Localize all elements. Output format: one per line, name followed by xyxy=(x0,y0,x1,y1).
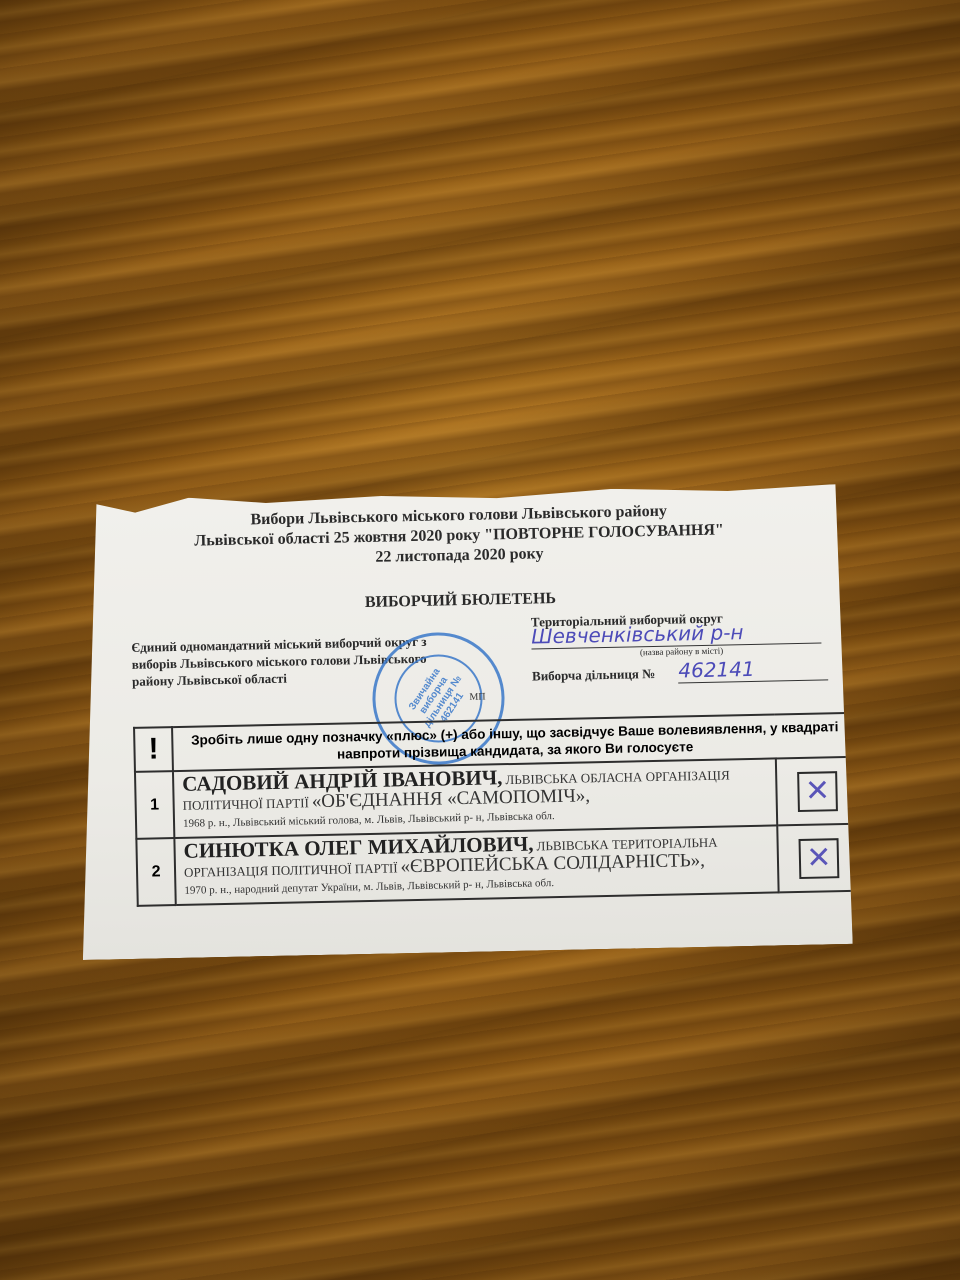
candidate-row: 2 СИНЮТКА ОЛЕГ МИХАЙЛОВИЧ, ЛЬВІВСЬКА ТЕР… xyxy=(136,824,860,906)
candidate-party-prefix: ПОЛІТИЧНОЇ ПАРТІЇ xyxy=(183,795,309,813)
handwritten-note: хй xyxy=(864,838,889,863)
stamp-caption: МП xyxy=(469,692,485,703)
vote-checkbox[interactable]: ✕ xyxy=(799,838,840,879)
candidate-party-name: «ОБ'ЄДНАННЯ «САМОПОМІЧ», xyxy=(312,785,591,812)
vote-cell[interactable]: ✕ хй xyxy=(777,824,860,893)
ballot-paper: Вибори Львівського міського голови Львів… xyxy=(73,484,852,960)
candidate-details: СИНЮТКА ОЛЕГ МИХАЙЛОВИЧ, ЛЬВІВСЬКА ТЕРИТ… xyxy=(174,825,778,905)
candidate-details: САДОВИЙ АНДРІЙ ІВАНОВИЧ, ЛЬВІВСЬКА ОБЛАС… xyxy=(173,758,777,838)
ballot-header: Вибори Львівського міського голови Львів… xyxy=(74,498,845,574)
territorial-district-block: Територіальний виборчий округ Шевченківс… xyxy=(531,608,832,686)
handwritten-note: хй xyxy=(862,771,887,796)
candidate-info: 1970 р. н., народний депутат України, м.… xyxy=(184,877,554,897)
station-label: Виборча дільниця № xyxy=(532,666,655,684)
candidate-number: 2 xyxy=(136,838,175,906)
candidate-info: 1968 р. н., Львівський міський голова, м… xyxy=(183,810,555,830)
warning-icon: ! xyxy=(134,727,173,772)
vote-checkbox[interactable]: ✕ xyxy=(797,771,838,812)
candidate-party-prefix: ОРГАНІЗАЦІЯ ПОЛІТИЧНОЇ ПАРТІЇ xyxy=(184,860,398,879)
candidates-table: ! Зробіть лише одну позначку «плюс» (+) … xyxy=(133,712,862,907)
candidate-party-line1: ЛЬВІВСЬКА ОБЛАСНА ОРГАНІЗАЦІЯ xyxy=(505,767,730,787)
candidate-number: 1 xyxy=(135,771,174,839)
vote-cell[interactable]: ✕ хй xyxy=(776,757,859,826)
station-handwritten: 462141 xyxy=(678,655,828,683)
